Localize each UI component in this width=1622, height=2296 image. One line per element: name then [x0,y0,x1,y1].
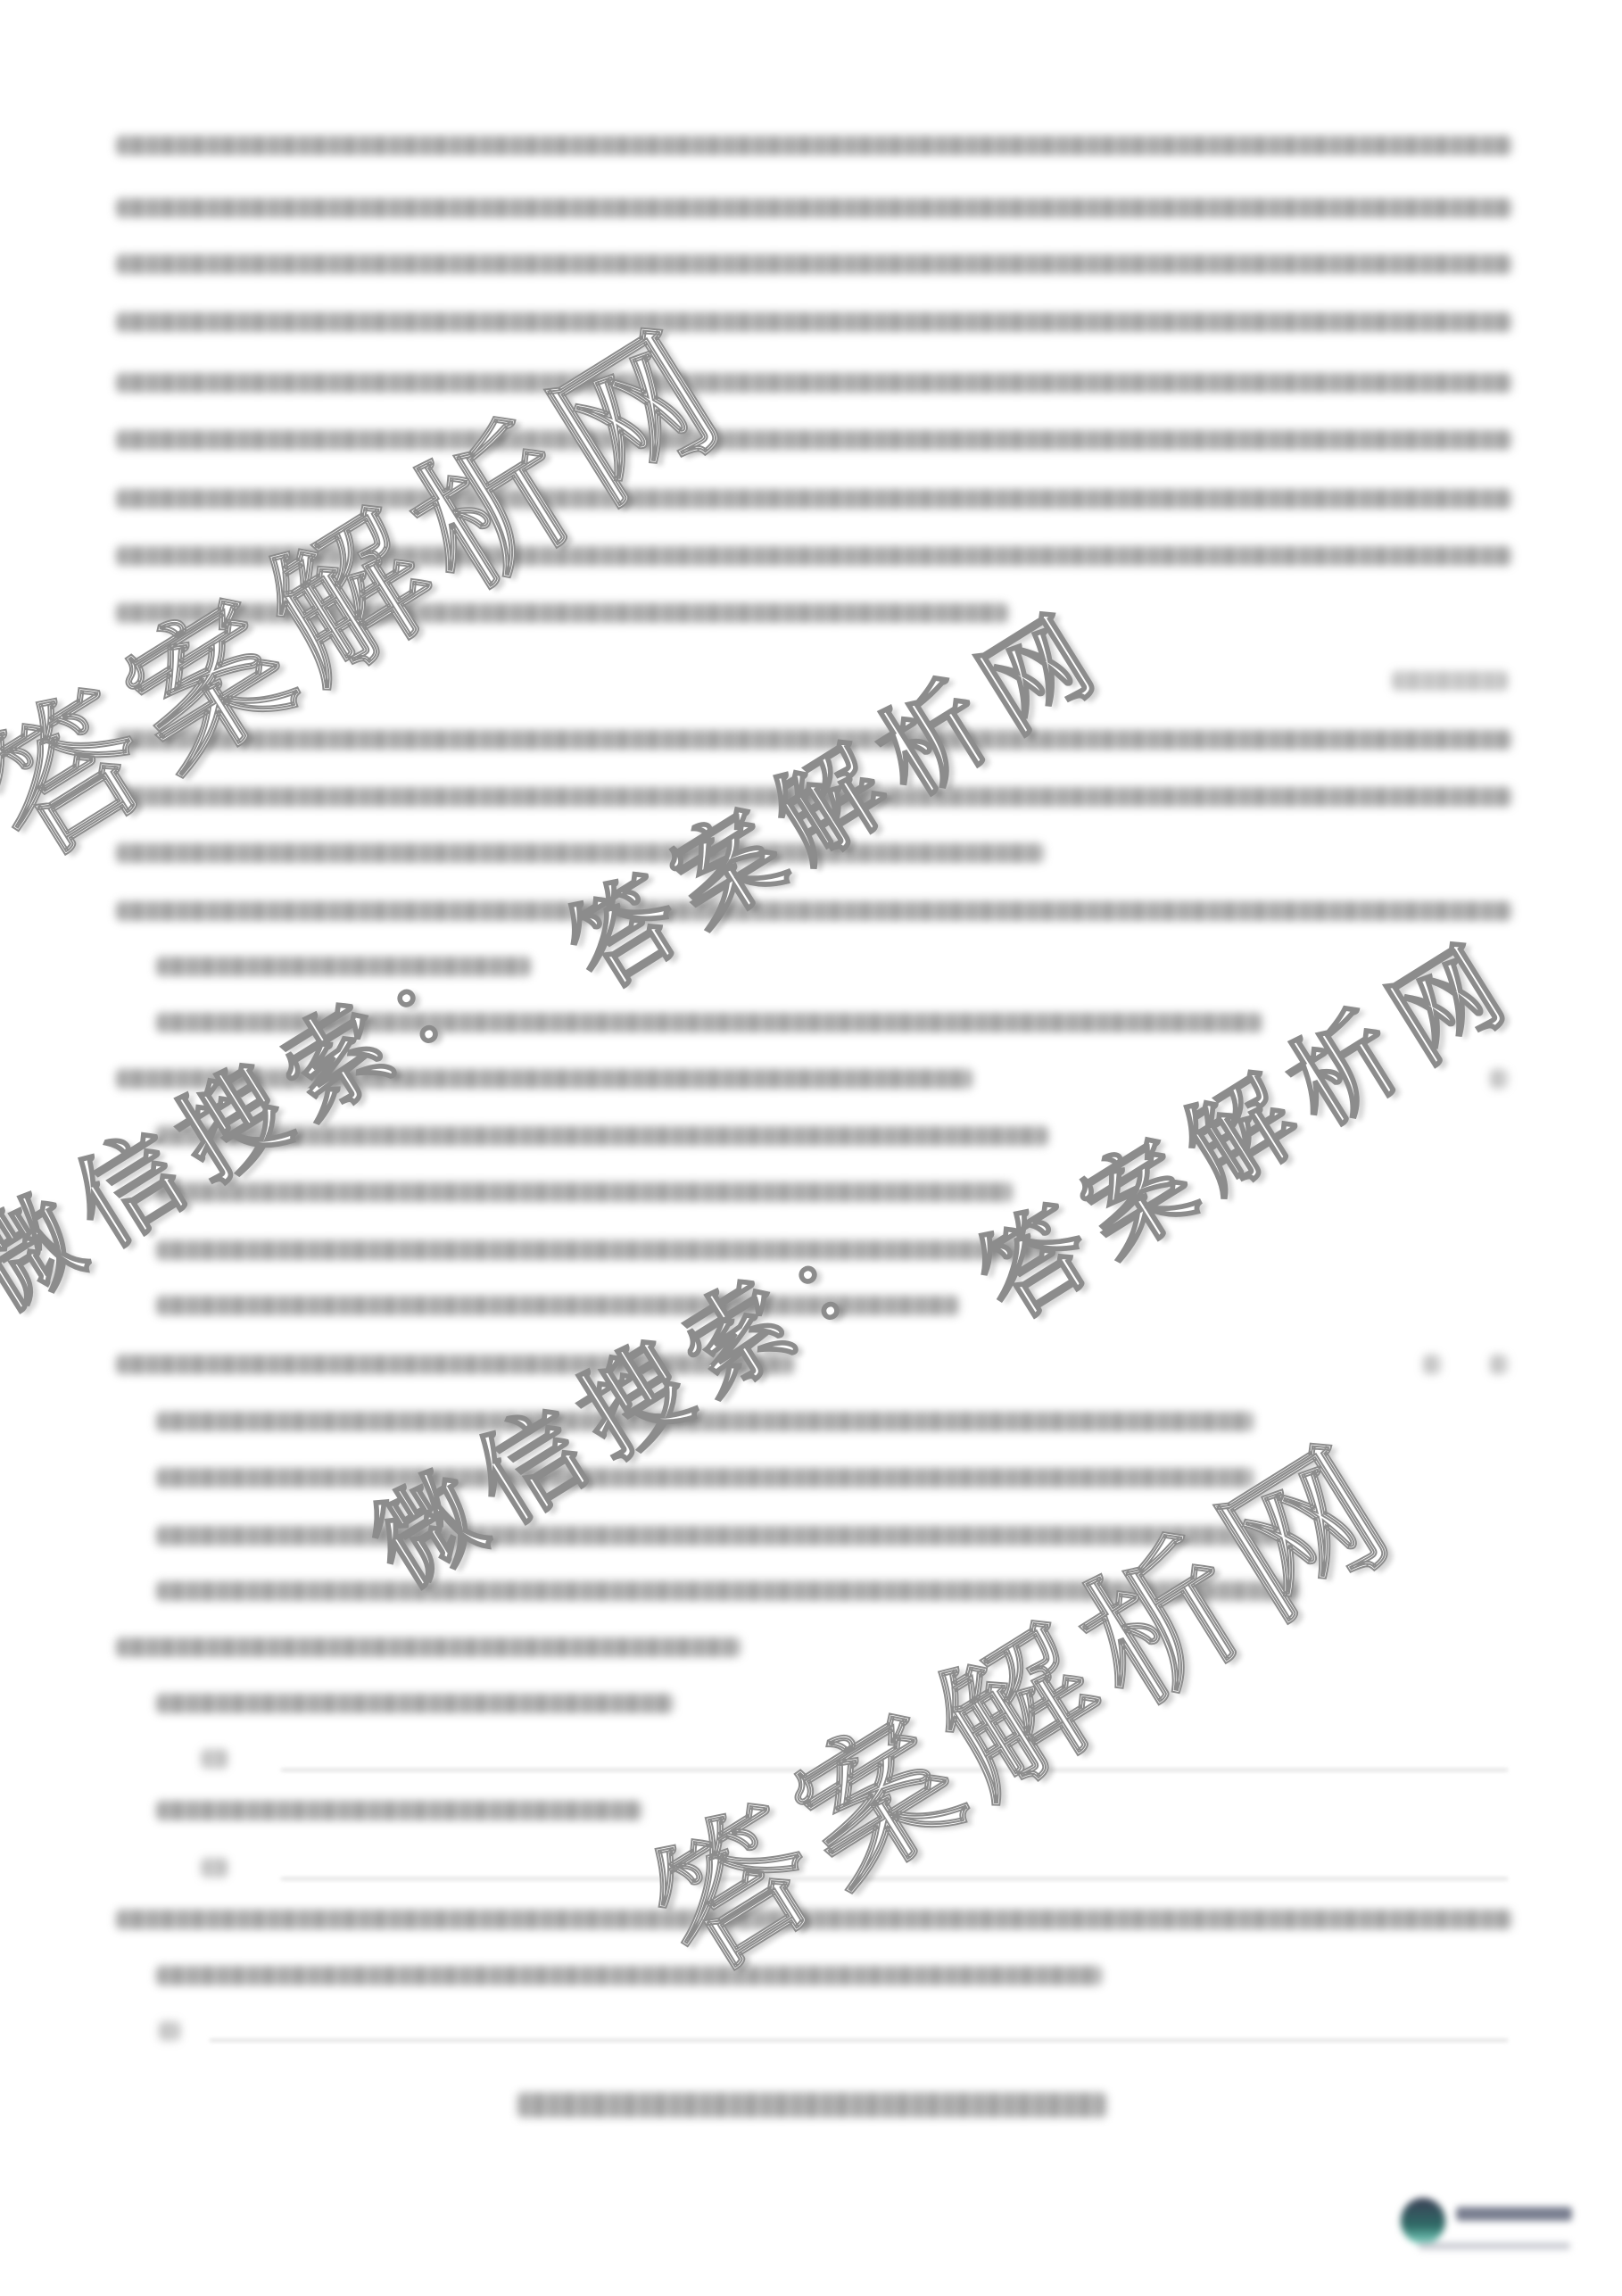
text-line [116,787,1512,807]
logo [1401,2191,1579,2253]
document-page: 答案解析网 答案解析网 微信搜索： 答案解析网 微信搜索： 答案解析网 [0,0,1622,2296]
logo-title [1456,2207,1572,2221]
option-c [156,1526,1289,1546]
answer-line[interactable] [281,1769,1508,1771]
text-line [156,1013,1262,1032]
text-line [116,373,1512,393]
source-attribution [1392,671,1508,691]
option-c [156,1240,1057,1260]
logo-mark-icon [1401,2198,1445,2244]
sub-question-1 [156,1694,674,1713]
option-b [156,1182,1013,1202]
page-footer [517,2093,1106,2118]
option-d [156,1296,959,1315]
logo-subtitle [1419,2242,1570,2250]
text-line [116,430,1512,450]
text-line [116,730,1512,750]
watermark: 答案解析网 [946,897,1541,1347]
text-line [116,312,1512,332]
option-a [156,1126,1048,1146]
watermark: 微信搜索： [339,1165,934,1615]
text-line [116,843,1044,863]
answer-bracket-right [1490,1355,1508,1374]
sub-question-2 [156,1801,642,1820]
text-line [116,1355,794,1374]
text-line [156,957,531,976]
text-line [116,603,1008,623]
text-line [116,136,1512,155]
option-a [156,1412,1254,1431]
text-line [116,1069,972,1089]
answer-label [201,1858,228,1877]
answer-line[interactable] [210,2039,1508,2042]
text-line [116,489,1512,509]
option-b [156,1468,1254,1488]
answer-line[interactable] [281,1877,1508,1880]
text-line [116,198,1512,218]
text-line [156,1966,1102,1985]
text-line [116,546,1512,566]
answer-bracket [1490,1069,1508,1089]
text-line [116,1910,1512,1929]
text-line [116,1637,741,1657]
text-line [116,901,1512,921]
answer-label [201,1749,228,1769]
text-line [116,254,1512,274]
answer-label [159,2021,180,2041]
option-d [156,1581,1298,1601]
answer-bracket-left [1423,1355,1441,1374]
